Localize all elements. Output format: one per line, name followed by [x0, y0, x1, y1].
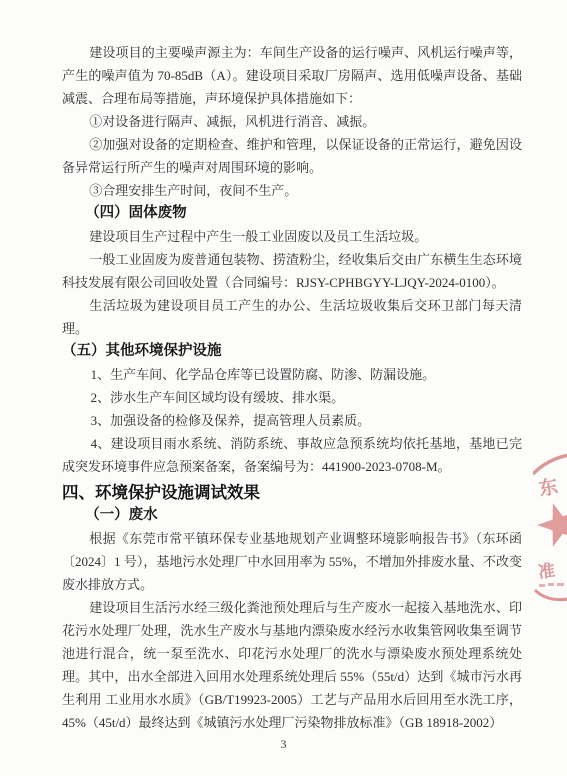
seal-char-bottom: 准 — [537, 560, 556, 582]
paragraph-solid-waste-1: 建设项目生产过程中产生一般工业固废以及员工生活垃圾。 — [62, 225, 522, 248]
seal-char-top: 东 — [537, 474, 560, 500]
paragraph-measure-3: ③合理安排生产时间，夜间不生产。 — [62, 179, 522, 202]
heading-solid-waste: （四）固体废物 — [62, 202, 522, 225]
paragraph-noise-sources: 建设项目的主要噪声源主为：车间生产设备的运行噪声、风机运行噪声等，产生的噪声值为… — [62, 41, 522, 110]
document-body: 建设项目的主要噪声源主为：车间生产设备的运行噪声、风机运行噪声等，产生的噪声值为… — [62, 41, 522, 734]
page-number: 3 — [0, 737, 567, 752]
official-seal: 东 准 — [533, 450, 567, 606]
paragraph-solid-waste-2: 一般工业固废为废普通包装物、捞渣粉尘，经收集后交由广东横生生态环境科技发展有限公… — [62, 248, 522, 294]
paragraph-wastewater-2: 建设项目生活污水经三级化粪池预处理后与生产废水一起接入基地洗水、印花污水处理厂处… — [62, 596, 522, 734]
paragraph-wastewater-1: 根据《东莞市常平镇环保专业基地规划产业调整环境影响报告书》（东环函〔2024〕1… — [62, 527, 522, 596]
list-item-1: 1、生产车间、化学品仓库等已设置防腐、防渗、防漏设施。 — [62, 363, 522, 386]
list-item-3: 3、加强设备的检修及保养，提高管理人员素质。 — [62, 409, 522, 432]
document-page: 建设项目的主要噪声源主为：车间生产设备的运行噪声、风机运行噪声等，产生的噪声值为… — [0, 0, 567, 776]
paragraph-measure-1: ①对设备进行隔声、减振，风机进行消音、减振。 — [62, 110, 522, 133]
heading-wastewater: （一）废水 — [62, 504, 522, 527]
seal-star-icon — [537, 503, 567, 547]
paragraph-solid-waste-3: 生活垃圾为建设项目员工产生的办公、生活垃圾收集后交环卫部门每天清理。 — [62, 294, 522, 340]
seal-border-bottom-arc — [536, 591, 567, 600]
seal-border-top-arc — [534, 455, 567, 473]
chapter-heading-debug-results: 四、环境保护设施调试效果 — [62, 481, 522, 504]
list-item-2: 2、涉水生产车间区域均设有缓坡、排水渠。 — [62, 386, 522, 409]
seal-small-text — [539, 583, 564, 587]
paragraph-measure-2: ②加强对设备的定期检查、维护和管理，以保证设备的正常运行，避免因设备异常运行所产… — [62, 133, 522, 179]
heading-other-protection: （五）其他环境保护设施 — [62, 340, 522, 363]
list-item-4: 4、建设项目雨水系统、消防系统、事故应急预系统均依托基地，基地已完成突发环境事件… — [62, 432, 522, 478]
